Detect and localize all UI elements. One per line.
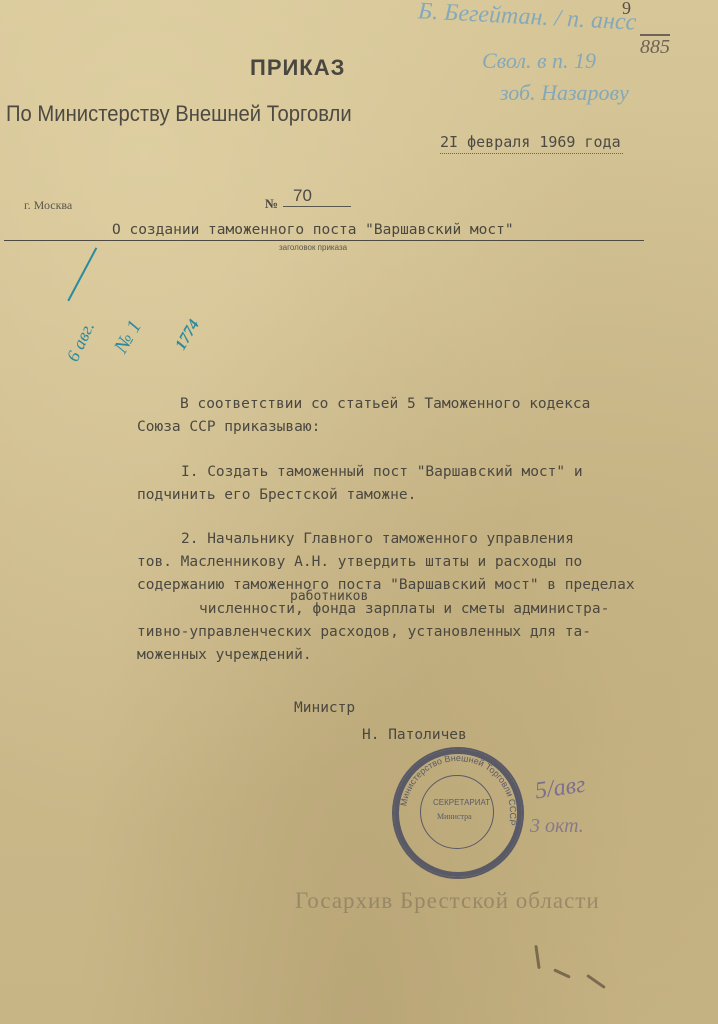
paper-mark bbox=[553, 968, 571, 978]
signatory-title: Министр bbox=[294, 700, 355, 716]
seal-inner-line-2: Министра bbox=[437, 812, 472, 821]
paper-mark bbox=[534, 945, 540, 969]
margin-note-2: № 1 bbox=[110, 316, 147, 357]
signatory-name: Н. Патоличев bbox=[362, 727, 467, 743]
handwritten-note-line1: Б. Бегейтан. / п. ансс bbox=[417, 0, 637, 37]
item1-line-2: подчинить его Брестской таможне. bbox=[137, 487, 416, 503]
page-number: 9 bbox=[622, 0, 631, 19]
order-subject: О создании таможенного поста "Варшавский… bbox=[112, 222, 514, 238]
item2-line-3: содержанию таможенного поста "Варшавский… bbox=[137, 577, 635, 593]
subject-caption: заголовок приказа bbox=[279, 243, 347, 252]
preamble-line-1: В соответствии со статьей 5 Таможенного … bbox=[180, 396, 590, 412]
handwritten-note-line3: зоб. Назарову bbox=[500, 80, 629, 106]
order-date: 2I февраля 1969 года bbox=[440, 133, 623, 154]
stamp-side-note-1: 5/авг bbox=[533, 772, 587, 806]
archive-number: 885 bbox=[640, 36, 670, 59]
number-label: № bbox=[265, 196, 278, 212]
item2-line-4: численности, фонда зарплаты и сметы адми… bbox=[199, 601, 609, 617]
handwritten-note-line2: Свол. в п. 19 bbox=[482, 48, 596, 74]
seal-inner-line-1: СЕКРЕТАРИАТ bbox=[433, 798, 490, 807]
item2-line-1: 2. Начальнику Главного таможенного управ… bbox=[181, 531, 574, 547]
item2-line-5: тивно-управленческих расходов, установле… bbox=[137, 624, 591, 640]
order-number: 70 bbox=[283, 186, 351, 207]
margin-note-1: 6 авг. bbox=[62, 318, 99, 365]
item1-line-1: I. Создать таможенный пост "Варшавский м… bbox=[181, 464, 583, 480]
official-seal: Министерство Внешней Торговли СССР СЕКРЕ… bbox=[392, 747, 524, 879]
city-label: г. Москва bbox=[24, 198, 72, 213]
document-heading: ПРИКАЗ bbox=[250, 55, 345, 81]
stamp-side-note-2: 3 окт. bbox=[530, 815, 584, 838]
item2-line-6: моженных учреждений. bbox=[137, 647, 312, 663]
margin-note-3: 1774 bbox=[172, 317, 204, 354]
margin-slash-mark bbox=[67, 247, 96, 301]
ministry-name: По Министерству Внешней Торговли bbox=[6, 101, 352, 127]
seal-inner-ring: СЕКРЕТАРИАТ Министра bbox=[420, 775, 494, 849]
archive-watermark: Госархив Брестской области bbox=[295, 888, 600, 914]
paper-mark bbox=[586, 974, 606, 989]
item2-line-2: тов. Масленникову А.Н. утвердить штаты и… bbox=[137, 554, 582, 570]
subject-rule bbox=[4, 240, 644, 241]
preamble-line-2: Союза ССР приказываю: bbox=[137, 419, 320, 435]
